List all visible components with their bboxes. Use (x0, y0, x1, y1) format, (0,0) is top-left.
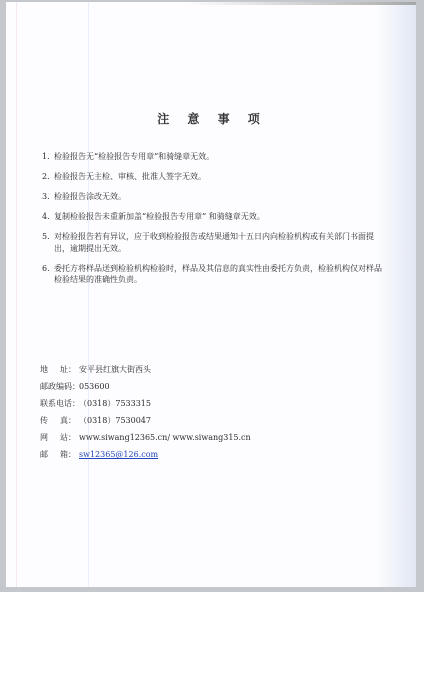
postcode-label: 邮政编码： (40, 381, 79, 398)
phone-value: （0318）7533315 (79, 398, 151, 415)
scan-shadow (376, 2, 416, 587)
website-label: 网 站： (40, 432, 76, 449)
note-number: 3. (42, 191, 50, 203)
phone-row: 联系电话： （0318）7533315 (40, 398, 340, 415)
note-number: 1. (42, 151, 50, 163)
contact-info: 地 址： 安平县红旗大街西头 邮政编码： 053600 联系电话： （0318）… (40, 364, 340, 466)
notes-list: 1. 检验报告无“检验报告专用章”和骑缝章无效。 2. 检验报告无主检、审核、批… (42, 151, 387, 294)
postcode-value: 053600 (79, 381, 110, 398)
note-item: 5. 对检验报告若有异议，应于收到检验报告或结果通知十五日内向检验机构或有关部门… (42, 231, 387, 254)
fax-label: 传 真： (40, 415, 76, 432)
note-item: 1. 检验报告无“检验报告专用章”和骑缝章无效。 (42, 151, 387, 163)
fax-row: 传 真： （0318）7530047 (40, 415, 340, 432)
note-text: 复制检验报告未重新加盖“检验报告专用章” 和骑缝章无效。 (54, 212, 265, 221)
address-row: 地 址： 安平县红旗大街西头 (40, 364, 340, 381)
address-label: 地 址： (40, 364, 76, 381)
postcode-row: 邮政编码： 053600 (40, 381, 340, 398)
note-item: 4. 复制检验报告未重新加盖“检验报告专用章” 和骑缝章无效。 (42, 211, 387, 223)
note-number: 4. (42, 211, 50, 223)
document-page (6, 2, 416, 587)
note-text: 对检验报告若有异议，应于收到检验报告或结果通知十五日内向检验机构或有关部门书面提… (54, 232, 374, 253)
note-text: 检验报告涂改无效。 (54, 192, 126, 201)
website-row: 网 站： www.siwang12365.cn/ www.siwang315.c… (40, 432, 340, 449)
note-text: 检验报告无“检验报告专用章”和骑缝章无效。 (54, 152, 214, 161)
fax-value: （0318）7530047 (79, 415, 151, 432)
note-text: 委托方将样品送到检验机构检验时，样品及其信息的真实性由委托方负责，检验机构仅对样… (54, 264, 382, 285)
note-text: 检验报告无主检、审核、批准人签字无效。 (54, 172, 206, 181)
note-number: 6. (42, 263, 50, 275)
email-link[interactable]: sw12365@126.com (79, 449, 158, 466)
email-row: 邮 箱： sw12365@126.com (40, 449, 340, 466)
note-item: 2. 检验报告无主检、审核、批准人签字无效。 (42, 171, 387, 183)
phone-label: 联系电话： (40, 398, 79, 415)
website-value: www.siwang12365.cn/ www.siwang315.cn (79, 432, 251, 449)
note-item: 3. 检验报告涂改无效。 (42, 191, 387, 203)
scan-artifact-line (16, 2, 17, 587)
note-number: 2. (42, 171, 50, 183)
scanned-page-frame (0, 0, 424, 592)
email-label: 邮 箱： (40, 449, 76, 466)
scan-artifact-line (88, 2, 89, 587)
page-title: 注 意 事 项 (0, 110, 424, 127)
scan-edge (186, 2, 416, 5)
note-item: 6. 委托方将样品送到检验机构检验时，样品及其信息的真实性由委托方负责，检验机构… (42, 263, 387, 286)
note-number: 5. (42, 231, 50, 243)
address-value: 安平县红旗大街西头 (79, 364, 151, 381)
